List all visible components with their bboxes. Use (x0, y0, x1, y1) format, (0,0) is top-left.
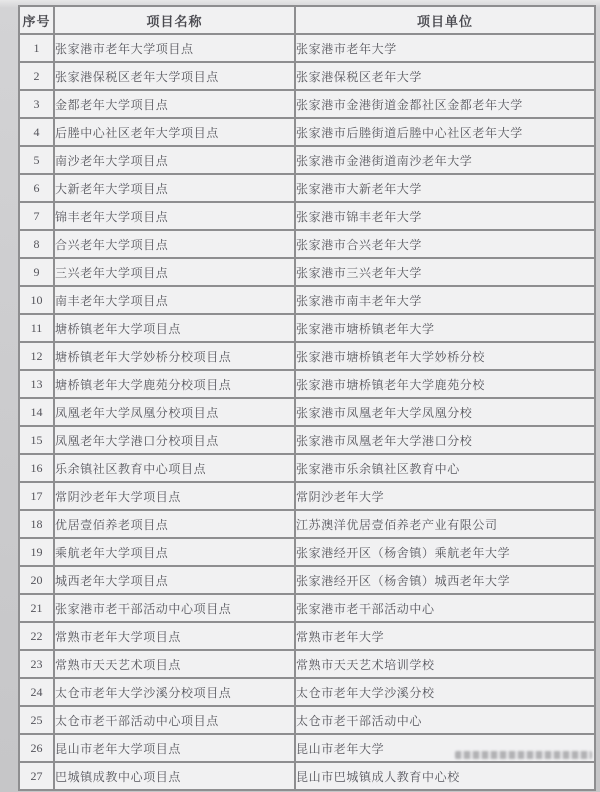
row-project-unit: 张家港经开区（杨舍镇）乘航老年大学 (295, 538, 595, 566)
project-table: 序号 项目名称 项目单位 1 张家港市老年大学项目点 张家港市老年大学 2 张家… (18, 5, 596, 791)
row-project-unit: 张家港市塘桥镇老年大学鹿苑分校 (295, 370, 595, 398)
row-project-name: 太仓市老干部活动中心项目点 (54, 706, 295, 734)
row-serial: 21 (19, 594, 54, 622)
row-serial: 23 (19, 650, 54, 678)
row-serial: 6 (19, 174, 54, 202)
table-body: 1 张家港市老年大学项目点 张家港市老年大学 2 张家港保税区老年大学项目点 张… (19, 34, 595, 790)
row-project-unit: 张家港市锦丰老年大学 (295, 202, 595, 230)
row-project-name: 南沙老年大学项目点 (54, 146, 295, 174)
row-project-unit: 太仓市老干部活动中心 (295, 706, 595, 734)
row-project-name: 凤凰老年大学凤凰分校项目点 (54, 398, 295, 426)
table-row: 15 凤凰老年大学港口分校项目点 张家港市凤凰老年大学港口分校 (19, 426, 595, 454)
row-project-name: 常熟市老年大学项目点 (54, 622, 295, 650)
row-serial: 18 (19, 510, 54, 538)
table-row: 18 优居壹佰养老项目点 江苏澳洋优居壹佰养老产业有限公司 (19, 510, 595, 538)
row-project-unit: 张家港市大新老年大学 (295, 174, 595, 202)
row-serial: 14 (19, 398, 54, 426)
row-project-name: 张家港市老年大学项目点 (54, 34, 295, 62)
row-project-name: 塘桥镇老年大学项目点 (54, 314, 295, 342)
row-serial: 24 (19, 678, 54, 706)
col-header-project-name: 项目名称 (54, 6, 295, 34)
row-serial: 4 (19, 118, 54, 146)
row-project-unit: 常熟市老年大学 (295, 622, 595, 650)
table-row: 20 城西老年大学项目点 张家港经开区（杨舍镇）城西老年大学 (19, 566, 595, 594)
row-project-unit: 张家港市凤凰老年大学凤凰分校 (295, 398, 595, 426)
row-project-name: 塘桥镇老年大学妙桥分校项目点 (54, 342, 295, 370)
row-project-unit: 张家港市三兴老年大学 (295, 258, 595, 286)
row-project-name: 乐余镇社区教育中心项目点 (54, 454, 295, 482)
table-row: 26 昆山市老年大学项目点 昆山市老年大学 (19, 734, 595, 762)
table-row: 9 三兴老年大学项目点 张家港市三兴老年大学 (19, 258, 595, 286)
row-serial: 26 (19, 734, 54, 762)
row-project-name: 优居壹佰养老项目点 (54, 510, 295, 538)
row-serial: 8 (19, 230, 54, 258)
row-project-unit: 太仓市老年大学沙溪分校 (295, 678, 595, 706)
table-header-row: 序号 项目名称 项目单位 (19, 6, 595, 34)
row-project-unit: 张家港保税区老年大学 (295, 62, 595, 90)
table-row: 27 巴城镇成教中心项目点 昆山市巴城镇成人教育中心校 (19, 762, 595, 790)
table-row: 6 大新老年大学项目点 张家港市大新老年大学 (19, 174, 595, 202)
row-serial: 19 (19, 538, 54, 566)
row-serial: 16 (19, 454, 54, 482)
row-serial: 13 (19, 370, 54, 398)
table-row: 2 张家港保税区老年大学项目点 张家港保税区老年大学 (19, 62, 595, 90)
row-serial: 11 (19, 314, 54, 342)
row-project-unit: 张家港市金港街道南沙老年大学 (295, 146, 595, 174)
table-row: 13 塘桥镇老年大学鹿苑分校项目点 张家港市塘桥镇老年大学鹿苑分校 (19, 370, 595, 398)
row-project-name: 凤凰老年大学港口分校项目点 (54, 426, 295, 454)
row-serial: 10 (19, 286, 54, 314)
row-project-unit: 张家港经开区（杨舍镇）城西老年大学 (295, 566, 595, 594)
table-row: 5 南沙老年大学项目点 张家港市金港街道南沙老年大学 (19, 146, 595, 174)
row-serial: 20 (19, 566, 54, 594)
row-serial: 25 (19, 706, 54, 734)
document-page: 序号 项目名称 项目单位 1 张家港市老年大学项目点 张家港市老年大学 2 张家… (0, 0, 600, 792)
row-project-unit: 张家港市老干部活动中心 (295, 594, 595, 622)
row-project-name: 张家港保税区老年大学项目点 (54, 62, 295, 90)
table-row: 16 乐余镇社区教育中心项目点 张家港市乐余镇社区教育中心 (19, 454, 595, 482)
table-row: 23 常熟市天天艺术项目点 常熟市天天艺术培训学校 (19, 650, 595, 678)
row-serial: 1 (19, 34, 54, 62)
row-serial: 27 (19, 762, 54, 790)
row-project-name: 常阴沙老年大学项目点 (54, 482, 295, 510)
row-project-name: 张家港市老干部活动中心项目点 (54, 594, 295, 622)
row-project-unit: 常熟市天天艺术培训学校 (295, 650, 595, 678)
row-project-name: 合兴老年大学项目点 (54, 230, 295, 258)
table-row: 25 太仓市老干部活动中心项目点 太仓市老干部活动中心 (19, 706, 595, 734)
table-row: 4 后塍中心社区老年大学项目点 张家港市后塍街道后塍中心社区老年大学 (19, 118, 595, 146)
table-row: 10 南丰老年大学项目点 张家港市南丰老年大学 (19, 286, 595, 314)
table-row: 12 塘桥镇老年大学妙桥分校项目点 张家港市塘桥镇老年大学妙桥分校 (19, 342, 595, 370)
table-row: 24 太仓市老年大学沙溪分校项目点 太仓市老年大学沙溪分校 (19, 678, 595, 706)
table-row: 11 塘桥镇老年大学项目点 张家港市塘桥镇老年大学 (19, 314, 595, 342)
table-row: 22 常熟市老年大学项目点 常熟市老年大学 (19, 622, 595, 650)
row-serial: 7 (19, 202, 54, 230)
row-serial: 2 (19, 62, 54, 90)
row-project-name: 巴城镇成教中心项目点 (54, 762, 295, 790)
row-project-unit: 常阴沙老年大学 (295, 482, 595, 510)
row-project-name: 金都老年大学项目点 (54, 90, 295, 118)
row-project-name: 城西老年大学项目点 (54, 566, 295, 594)
row-project-name: 常熟市天天艺术项目点 (54, 650, 295, 678)
row-project-name: 太仓市老年大学沙溪分校项目点 (54, 678, 295, 706)
row-project-unit: 昆山市老年大学 (295, 734, 595, 762)
row-serial: 22 (19, 622, 54, 650)
table-row: 19 乘航老年大学项目点 张家港经开区（杨舍镇）乘航老年大学 (19, 538, 595, 566)
row-project-unit: 张家港市凤凰老年大学港口分校 (295, 426, 595, 454)
table-row: 17 常阴沙老年大学项目点 常阴沙老年大学 (19, 482, 595, 510)
table-row: 8 合兴老年大学项目点 张家港市合兴老年大学 (19, 230, 595, 258)
row-project-unit: 张家港市乐余镇社区教育中心 (295, 454, 595, 482)
row-project-unit: 张家港市老年大学 (295, 34, 595, 62)
row-project-unit: 昆山市巴城镇成人教育中心校 (295, 762, 595, 790)
row-project-name: 大新老年大学项目点 (54, 174, 295, 202)
row-project-name: 三兴老年大学项目点 (54, 258, 295, 286)
row-project-unit: 张家港市南丰老年大学 (295, 286, 595, 314)
row-project-unit: 张家港市塘桥镇老年大学 (295, 314, 595, 342)
table-row: 1 张家港市老年大学项目点 张家港市老年大学 (19, 34, 595, 62)
row-project-name: 昆山市老年大学项目点 (54, 734, 295, 762)
row-project-name: 塘桥镇老年大学鹿苑分校项目点 (54, 370, 295, 398)
col-header-serial: 序号 (19, 6, 54, 34)
row-serial: 17 (19, 482, 54, 510)
table-row: 14 凤凰老年大学凤凰分校项目点 张家港市凤凰老年大学凤凰分校 (19, 398, 595, 426)
row-project-name: 后塍中心社区老年大学项目点 (54, 118, 295, 146)
row-project-unit: 江苏澳洋优居壹佰养老产业有限公司 (295, 510, 595, 538)
table-row: 7 锦丰老年大学项目点 张家港市锦丰老年大学 (19, 202, 595, 230)
row-project-name: 乘航老年大学项目点 (54, 538, 295, 566)
row-project-unit: 张家港市合兴老年大学 (295, 230, 595, 258)
row-serial: 3 (19, 90, 54, 118)
row-project-unit: 张家港市后塍街道后塍中心社区老年大学 (295, 118, 595, 146)
table-row: 21 张家港市老干部活动中心项目点 张家港市老干部活动中心 (19, 594, 595, 622)
row-serial: 12 (19, 342, 54, 370)
row-project-unit: 张家港市塘桥镇老年大学妙桥分校 (295, 342, 595, 370)
row-project-name: 锦丰老年大学项目点 (54, 202, 295, 230)
row-project-name: 南丰老年大学项目点 (54, 286, 295, 314)
row-serial: 5 (19, 146, 54, 174)
table-row: 3 金都老年大学项目点 张家港市金港街道金都社区金都老年大学 (19, 90, 595, 118)
row-project-unit: 张家港市金港街道金都社区金都老年大学 (295, 90, 595, 118)
row-serial: 15 (19, 426, 54, 454)
row-serial: 9 (19, 258, 54, 286)
col-header-project-unit: 项目单位 (295, 6, 595, 34)
